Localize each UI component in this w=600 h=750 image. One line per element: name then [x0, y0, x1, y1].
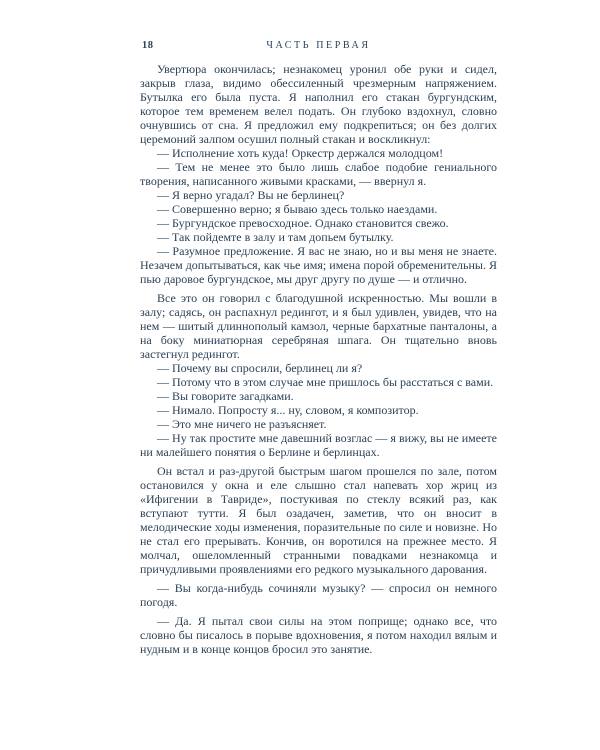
running-head: ЧАСТЬ ПЕРВАЯ: [140, 40, 497, 51]
paragraph: — Бургундское превосходное. Однако стано…: [140, 216, 497, 230]
paragraph: — Так пойдемте в залу и там допьем бутыл…: [140, 230, 497, 244]
paragraph: — Да. Я пытал свои силы на этом поприще;…: [140, 614, 497, 656]
page-body: Увертюра окончилась; незнакомец уронил о…: [140, 62, 497, 656]
paragraph: — Вы говорите загадками.: [140, 389, 497, 403]
paragraph: — Вы когда-нибудь сочиняли музыку? — спр…: [140, 581, 497, 609]
paragraph: Увертюра окончилась; незнакомец уронил о…: [140, 62, 497, 146]
paragraph: — Я верно угадал? Вы не берлинец?: [140, 188, 497, 202]
paragraph: — Совершенно верно; я бываю здесь только…: [140, 202, 497, 216]
paragraph: — Это мне ничего не разъясняет.: [140, 417, 497, 431]
page-number: 18: [142, 40, 154, 51]
paragraph: — Потому что в этом случае мне пришлось …: [140, 375, 497, 389]
page-header: 18 ЧАСТЬ ПЕРВАЯ: [140, 40, 497, 54]
paragraph: — Почему вы спросили, берлинец ли я?: [140, 361, 497, 375]
paragraph: — Исполнение хоть куда! Оркестр держался…: [140, 146, 497, 160]
paragraph: Все это он говорил с благодушной искренн…: [140, 291, 497, 361]
paragraph: Он встал и раз-другой быстрым шагом прош…: [140, 464, 497, 576]
book-page: 18 ЧАСТЬ ПЕРВАЯ Увертюра окончилась; нез…: [0, 0, 600, 750]
paragraph: — Тем не менее это было лишь слабое подо…: [140, 160, 497, 188]
paragraph: — Нимало. Попросту я... ну, словом, я ко…: [140, 403, 497, 417]
paragraph: — Разумное предложение. Я вас не знаю, н…: [140, 244, 497, 286]
paragraph: — Ну так простите мне давешний возглас —…: [140, 431, 497, 459]
